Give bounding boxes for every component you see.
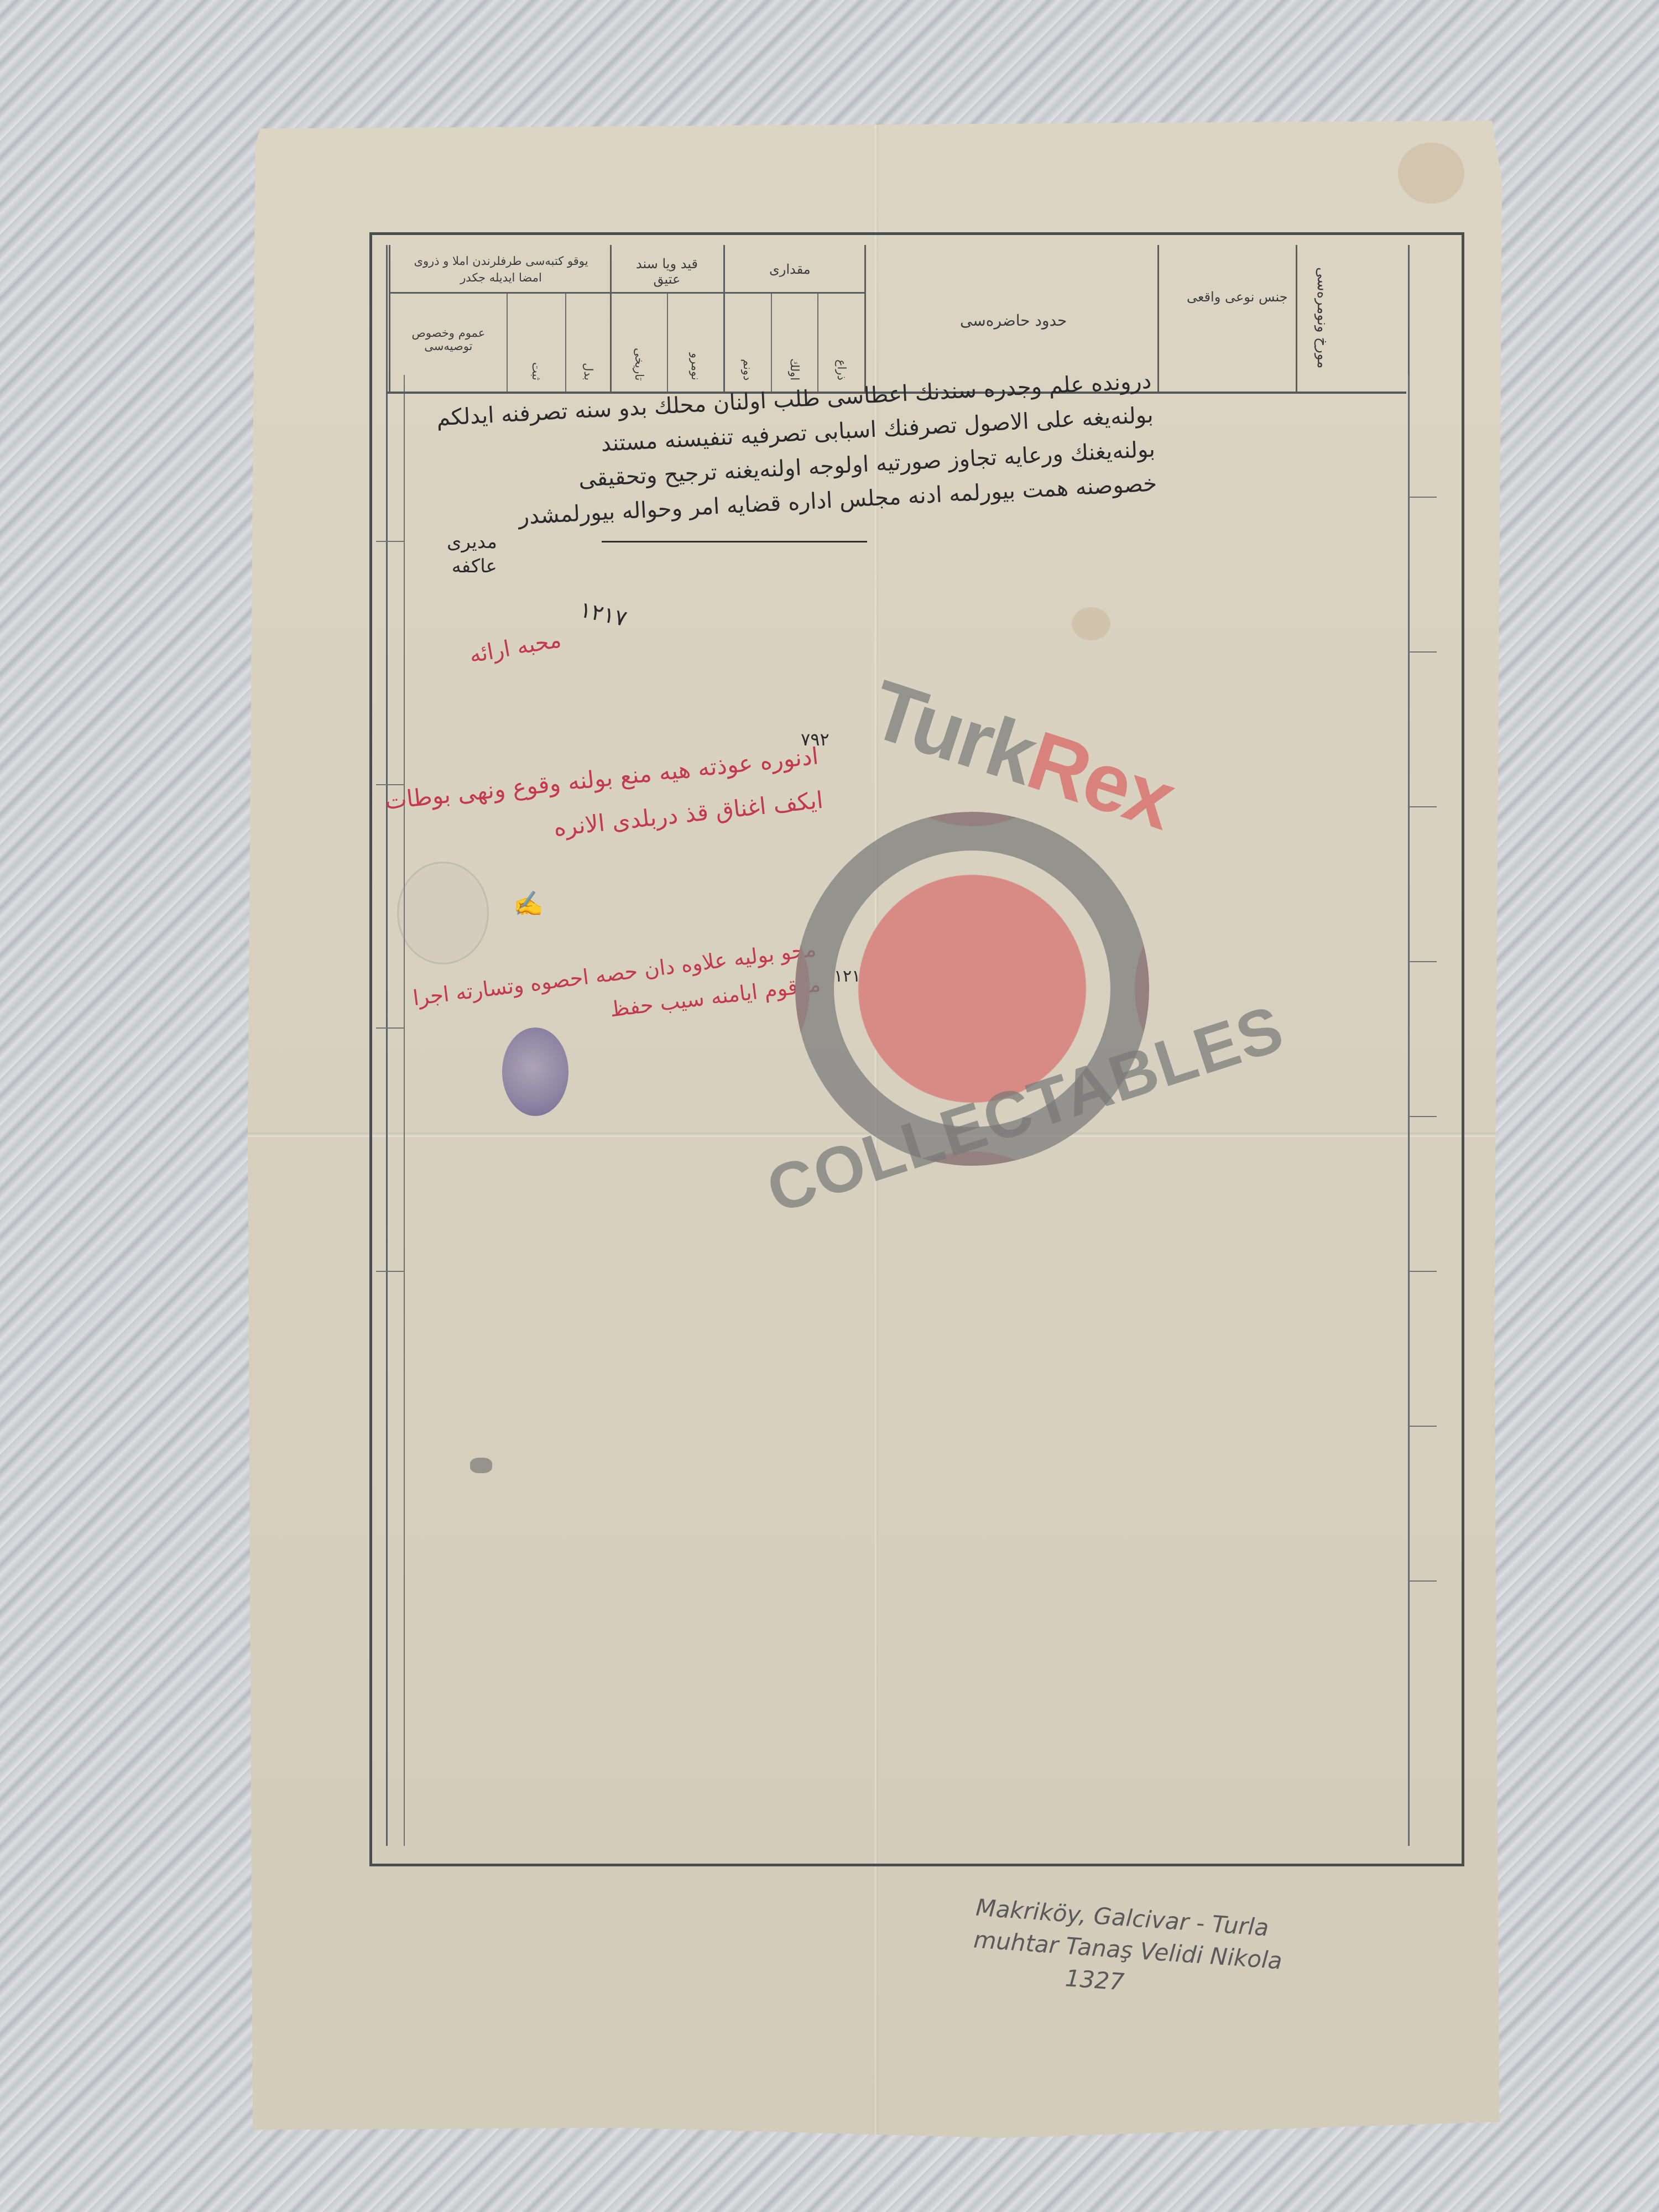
header-col-old-record: قید ویا سند عتیق نومرو تاریخی bbox=[610, 245, 723, 392]
header-col-area: مقداری ذراع اولك دونم bbox=[723, 245, 864, 392]
red-monogram: ✍ bbox=[513, 889, 544, 918]
header-col-property-type: جنس نوعی واقعی bbox=[1157, 245, 1296, 392]
left-margin-column bbox=[376, 375, 405, 1846]
purple-seal bbox=[502, 1027, 568, 1116]
signature-block-left: مدیری عاكفه bbox=[447, 530, 497, 578]
right-margin-column bbox=[1408, 375, 1437, 1846]
header-table: مورخ ونومره‌سی جنس نوعی واقعی حدود حاضره… bbox=[386, 245, 1406, 394]
lower-annotation-number: ١٢١٢ bbox=[834, 967, 869, 986]
header-col-fees: یوقو کتبه‌سی طرفلرندن املا و ذروی امضا ا… bbox=[389, 245, 610, 392]
deed-paper: مورخ ونومره‌سی جنس نوعی واقعی حدود حاضره… bbox=[248, 121, 1502, 2138]
stain bbox=[1398, 143, 1464, 204]
header-col-margin bbox=[1351, 245, 1406, 392]
header-col-serial: مورخ ونومره‌سی bbox=[1296, 245, 1351, 392]
signature-underline bbox=[602, 541, 867, 542]
ink-blot bbox=[470, 1458, 492, 1473]
faded-seal bbox=[397, 862, 489, 964]
